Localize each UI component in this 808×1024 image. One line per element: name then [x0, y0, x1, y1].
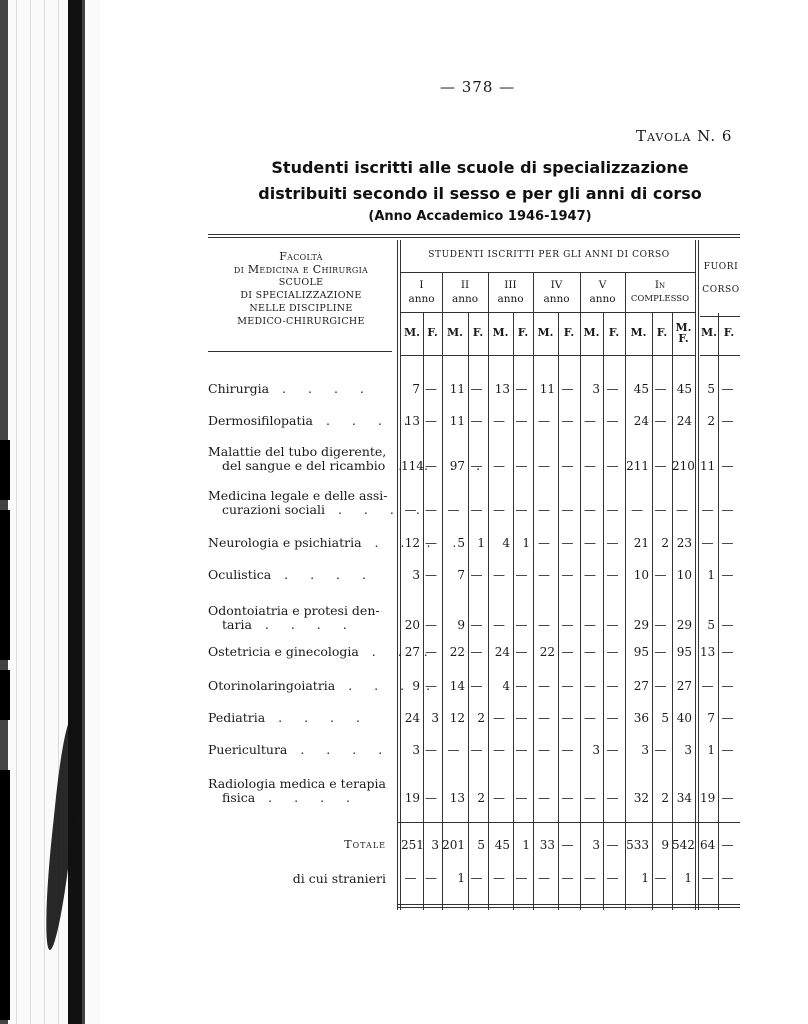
table-cell: 14 [442, 679, 465, 693]
table-cell: 2 [652, 536, 669, 550]
row-label: Chirurgia . . . . [208, 382, 390, 396]
table-cell: 27 [625, 679, 649, 693]
table-cell: — [423, 414, 439, 428]
table-cell: — [603, 871, 622, 885]
table-cell: — [718, 536, 737, 550]
table-cell: — [468, 679, 485, 693]
table-cell: — [652, 618, 669, 632]
row-label: Dermosifilopatia . . . . [208, 414, 390, 428]
table-cell: 3 [580, 838, 600, 852]
table-cell: — [558, 791, 577, 805]
table-cell: — [603, 414, 622, 428]
table-cell: — [718, 382, 737, 396]
table-cell: 45 [488, 838, 510, 852]
table-cell: — [603, 618, 622, 632]
table-cell: — [700, 536, 715, 550]
table-cell: — [700, 871, 715, 885]
table-cell: — [580, 536, 600, 550]
table-cell: 3 [580, 382, 600, 396]
table-cell: 9 [401, 679, 420, 693]
table-cell: — [652, 459, 669, 473]
table-cell: — [533, 711, 555, 725]
table-cell: — [718, 743, 737, 757]
table-cell: — [488, 568, 510, 582]
table-cell: — [558, 459, 577, 473]
table-cell: — [513, 711, 530, 725]
table-cell: — [468, 459, 485, 473]
sex-subheader: M. [700, 326, 718, 339]
table-cell: — [603, 536, 622, 550]
table-cell: 2 [468, 711, 485, 725]
table-cell: — [513, 618, 530, 632]
table-cell: 33 [533, 838, 555, 852]
group-header: STUDENTI ISCRITTI PER GLI ANNI DI CORSO [404, 250, 694, 260]
table-cell: — [652, 414, 669, 428]
table-cell: — [468, 743, 485, 757]
table-cell: — [558, 503, 577, 517]
table-cell: 2 [468, 791, 485, 805]
table-cell: 5 [700, 382, 715, 396]
table-cell: — [513, 382, 530, 396]
table-cell: — [718, 568, 737, 582]
table-cell: — [488, 743, 510, 757]
year-header-5: Vanno [580, 278, 625, 306]
row-label: Oculistica . . . . [208, 568, 390, 582]
table-cell: — [718, 711, 737, 725]
table-cell: — [533, 679, 555, 693]
table-cell: 95 [672, 645, 692, 659]
table-cell: 9 [442, 618, 465, 632]
table-cell: — [580, 414, 600, 428]
table-cell: — [718, 503, 737, 517]
table-cell: 22 [442, 645, 465, 659]
table-cell: 24 [625, 414, 649, 428]
table-cell: 9 [652, 838, 669, 852]
table-cell: 97 [442, 459, 465, 473]
book-binding-edge [0, 0, 100, 1024]
table-cell: — [488, 414, 510, 428]
table-cell: — [533, 414, 555, 428]
table-cell: — [652, 382, 669, 396]
table-cell: 95 [625, 645, 649, 659]
table-cell: 1 [513, 838, 530, 852]
table-cell: — [558, 568, 577, 582]
table-cell: 210 [672, 459, 692, 473]
table-cell: — [488, 791, 510, 805]
table-cell: 45 [672, 382, 692, 396]
table-subtitle: (Anno Accademico 1946-1947) [230, 209, 730, 224]
page-number: — 378 — [440, 78, 515, 96]
table-cell: — [468, 871, 485, 885]
table-cell: — [513, 414, 530, 428]
leader-dots: . . . . [269, 381, 373, 396]
table-cell: — [580, 503, 600, 517]
table-cell: 3 [672, 743, 692, 757]
leader-dots: . . . . [265, 710, 369, 725]
table-cell: 3 [401, 743, 420, 757]
table-cell: 12 [442, 711, 465, 725]
table-cell: — [468, 618, 485, 632]
sex-subheader: M. [533, 326, 558, 339]
table-cell: — [558, 871, 577, 885]
table-cell: 3 [401, 568, 420, 582]
leader-dots: . . . . [287, 742, 391, 757]
table-cell: — [603, 645, 622, 659]
table-cell: 3 [423, 711, 439, 725]
table-cell: — [580, 568, 600, 582]
table-cell: 2 [652, 791, 669, 805]
table-cell: — [718, 459, 737, 473]
table-cell: — [603, 679, 622, 693]
table-title-line-1: Studenti iscritti alle scuole di special… [230, 158, 730, 177]
table-cell: — [652, 679, 669, 693]
table-cell: 4 [488, 536, 510, 550]
table-cell: 251 [401, 838, 420, 852]
fuori-corso-header-line2: CORSO [700, 285, 742, 295]
table-cell: — [488, 503, 510, 517]
table-cell: 24 [401, 711, 420, 725]
table-cell: 5 [442, 536, 465, 550]
table-cell: — [488, 711, 510, 725]
table-cell: 3 [580, 743, 600, 757]
table-cell: — [442, 503, 465, 517]
fuori-corso-header-line1: FUORI [700, 262, 742, 272]
year-header-6: InCOMPLESSO [625, 278, 695, 306]
table-cell: 19 [700, 791, 715, 805]
table-cell: — [558, 536, 577, 550]
table-cell: 1 [700, 568, 715, 582]
table-cell: — [603, 503, 622, 517]
table-cell: 533 [625, 838, 649, 852]
table-cell: 1 [442, 871, 465, 885]
table-cell: 114 [401, 459, 420, 473]
table-cell: — [603, 711, 622, 725]
table-cell: — [533, 791, 555, 805]
table-cell: 5 [652, 711, 669, 725]
table-cell: 201 [442, 838, 465, 852]
table-cell: — [580, 711, 600, 725]
year-header-2: IIanno [442, 278, 488, 306]
table-cell: 13 [401, 414, 420, 428]
row-label: Neurologia e psichiatria . . . . [208, 536, 390, 550]
table-cell: 542 [672, 838, 692, 852]
table-cell: — [488, 871, 510, 885]
table-cell: 3 [625, 743, 649, 757]
leader-dots: . . . . [255, 790, 359, 805]
table-cell: 1 [700, 743, 715, 757]
table-cell: — [652, 871, 669, 885]
table-cell: 45 [625, 382, 649, 396]
table-cell: — [423, 679, 439, 693]
table-cell: 27 [401, 645, 420, 659]
row-label: Pediatria . . . . [208, 711, 390, 725]
row-label: Radiologia medica e terapiafisica . . . … [208, 777, 390, 805]
table-cell: 1 [672, 871, 692, 885]
table-cell: — [513, 568, 530, 582]
table-cell: — [718, 618, 737, 632]
table-cell: — [513, 679, 530, 693]
table-cell: — [580, 459, 600, 473]
sex-subheader: M. [401, 326, 423, 339]
table-cell: — [533, 618, 555, 632]
table-cell: 5 [468, 838, 485, 852]
table-cell: — [603, 568, 622, 582]
sex-subheader: F. [558, 326, 580, 339]
table-cell: 211 [625, 459, 649, 473]
table-cell: 12 [401, 536, 420, 550]
table-cell: 24 [488, 645, 510, 659]
table-cell: — [423, 743, 439, 757]
year-header-1: Ianno [401, 278, 442, 306]
table-cell: — [423, 536, 439, 550]
leader-dots: . . . . [271, 567, 375, 582]
table-cell: — [558, 618, 577, 632]
table-cell: — [423, 382, 439, 396]
table-cell: 23 [672, 536, 692, 550]
sex-subheader: M. [625, 326, 652, 339]
table-cell: — [580, 871, 600, 885]
table-cell: — [580, 618, 600, 632]
sex-subheader: F. [652, 326, 672, 339]
table-cell: — [513, 645, 530, 659]
table-cell: — [468, 568, 485, 582]
table-cell: 5 [700, 618, 715, 632]
row-label: Otorinolaringoiatria . . . . [208, 679, 390, 693]
table-cell: — [558, 743, 577, 757]
table-cell: — [718, 791, 737, 805]
table-cell: — [652, 743, 669, 757]
sex-subheader: M.F. [672, 322, 695, 344]
table-cell: — [442, 743, 465, 757]
table-cell: — [513, 791, 530, 805]
table-cell: — [533, 536, 555, 550]
table-cell: — [718, 838, 737, 852]
table-cell: — [513, 503, 530, 517]
table-cell: 7 [442, 568, 465, 582]
table-cell: 21 [625, 536, 649, 550]
table-cell: — [700, 503, 715, 517]
table-cell: — [580, 791, 600, 805]
table-cell: — [533, 743, 555, 757]
table-cell: — [468, 414, 485, 428]
table-cell: — [423, 459, 439, 473]
sex-subheader: F. [603, 326, 625, 339]
table-cell: — [468, 503, 485, 517]
table-title-line-2: distribuiti secondo il sesso e per gli a… [230, 184, 730, 203]
table-cell: — [718, 645, 737, 659]
row-label: Puericultura . . . . [208, 743, 390, 757]
table-cell: — [625, 503, 649, 517]
table-cell: 10 [625, 568, 649, 582]
table-cell: 36 [625, 711, 649, 725]
table-cell: 7 [700, 711, 715, 725]
table-cell: 11 [700, 459, 715, 473]
table-cell: — [718, 679, 737, 693]
table-cell: 34 [672, 791, 692, 805]
table-cell: — [468, 382, 485, 396]
table-cell: 7 [401, 382, 420, 396]
table-cell: — [718, 871, 737, 885]
table-cell: — [652, 503, 669, 517]
table-cell: — [603, 838, 622, 852]
table-cell: 10 [672, 568, 692, 582]
table-cell: 29 [625, 618, 649, 632]
table-cell: 1 [513, 536, 530, 550]
table-reference: Tavola N. 6 [636, 127, 732, 145]
sex-subheader: F. [718, 326, 740, 339]
table-cell: — [533, 503, 555, 517]
table-cell: — [700, 679, 715, 693]
table-cell: — [401, 871, 420, 885]
sex-subheader: M. [442, 326, 468, 339]
table-cell: — [672, 503, 692, 517]
table-cell: — [488, 618, 510, 632]
table-cell: — [580, 679, 600, 693]
table-cell: — [533, 871, 555, 885]
table-cell: 19 [401, 791, 420, 805]
year-header-4: IVanno [533, 278, 580, 306]
table-cell: — [423, 791, 439, 805]
table-cell: 11 [442, 414, 465, 428]
table-cell: 1 [468, 536, 485, 550]
stranieri-label: di cui stranieri [250, 871, 386, 886]
table-cell: — [423, 568, 439, 582]
table-cell: — [558, 679, 577, 693]
table-cell: — [558, 382, 577, 396]
table-cell: — [513, 459, 530, 473]
sex-subheader: F. [513, 326, 533, 339]
table-cell: — [558, 838, 577, 852]
table-cell: 32 [625, 791, 649, 805]
table-cell: — [603, 382, 622, 396]
row-label: Malattie del tubo digerente,del sangue e… [208, 445, 390, 473]
table-cell: 2 [700, 414, 715, 428]
table-cell: — [652, 645, 669, 659]
table-cell: — [718, 414, 737, 428]
table-cell: — [603, 791, 622, 805]
table-cell: — [401, 503, 420, 517]
table-cell: 13 [700, 645, 715, 659]
table-cell: — [423, 503, 439, 517]
table-cell: 27 [672, 679, 692, 693]
sex-subheader: F. [468, 326, 488, 339]
table-cell: 29 [672, 618, 692, 632]
table-cell: 22 [533, 645, 555, 659]
table-cell: 40 [672, 711, 692, 725]
table-cell: 20 [401, 618, 420, 632]
table-cell: — [513, 871, 530, 885]
table-cell: 24 [672, 414, 692, 428]
totale-label: Totale [300, 838, 386, 851]
table-cell: — [558, 414, 577, 428]
table-cell: 13 [488, 382, 510, 396]
sex-subheader: F. [423, 326, 442, 339]
table-cell: — [558, 711, 577, 725]
row-label: Odontoiatria e protesi den-taria . . . . [208, 604, 390, 632]
table-cell: — [423, 618, 439, 632]
table-cell: 13 [442, 791, 465, 805]
table-cell: — [652, 568, 669, 582]
table-cell: 3 [423, 838, 439, 852]
year-header-3: IIIanno [488, 278, 533, 306]
table-cell: — [533, 568, 555, 582]
leader-dots: . . . . [252, 617, 356, 632]
table-cell: — [603, 743, 622, 757]
table-cell: 4 [488, 679, 510, 693]
row-header-column-title: Facoltà di Medicina e Chirurgia SCUOLE D… [208, 250, 394, 328]
sex-subheader: M. [580, 326, 603, 339]
row-label: Medicina legale e delle assi-curazioni s… [208, 489, 390, 517]
table-cell: — [533, 459, 555, 473]
table-cell: 1 [625, 871, 649, 885]
table-cell: — [603, 459, 622, 473]
table-cell: — [423, 645, 439, 659]
table-cell: 11 [442, 382, 465, 396]
sex-subheader: M. [488, 326, 513, 339]
table-cell: — [558, 645, 577, 659]
row-label: Ostetricia e ginecologia . . . . [208, 645, 390, 659]
table-cell: 64 [700, 838, 715, 852]
table-cell: 11 [533, 382, 555, 396]
table-cell: — [468, 645, 485, 659]
table-cell: — [423, 871, 439, 885]
table-cell: — [488, 459, 510, 473]
table-cell: — [513, 743, 530, 757]
table-cell: — [580, 645, 600, 659]
